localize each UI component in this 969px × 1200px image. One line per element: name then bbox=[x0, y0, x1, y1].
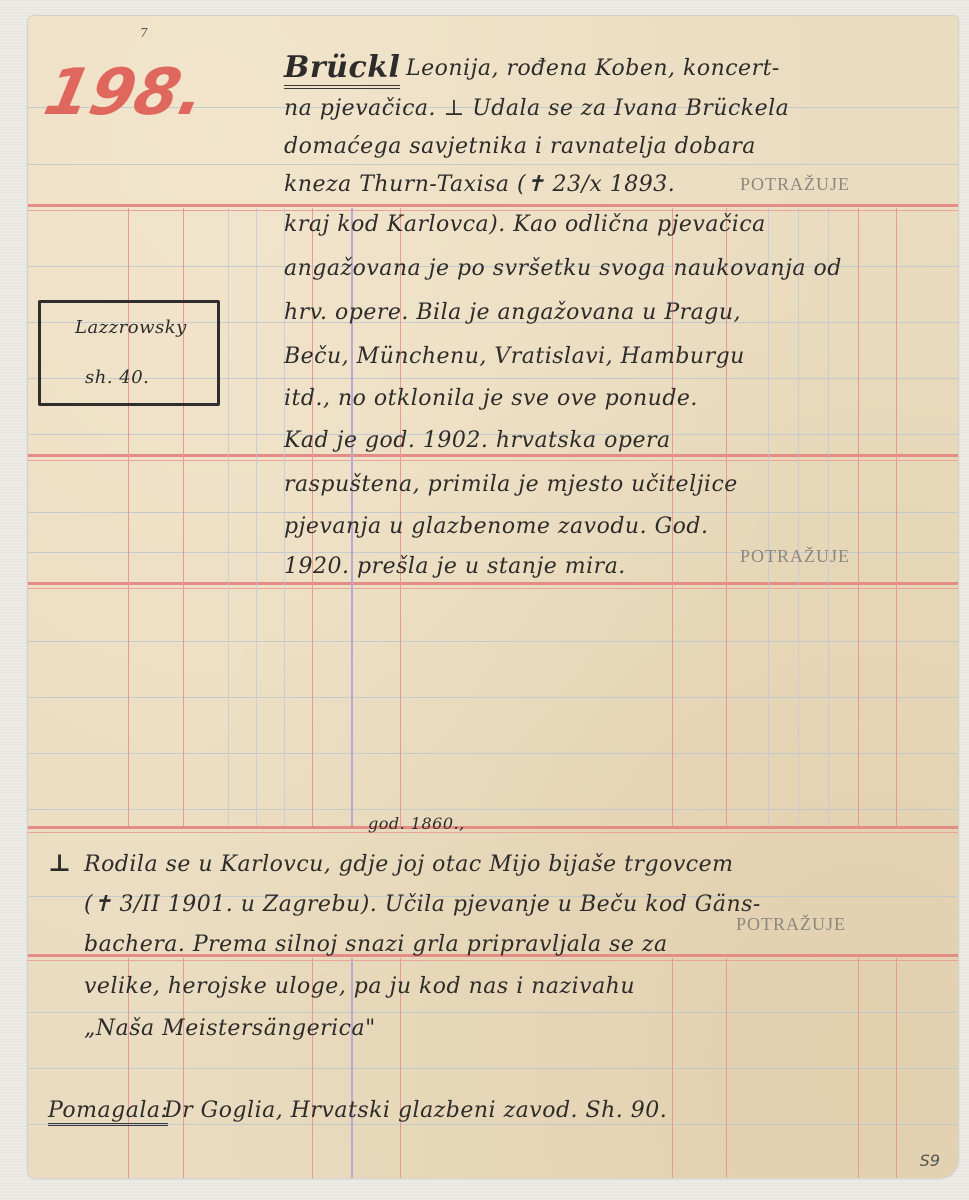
column-rule bbox=[726, 958, 727, 1178]
source-label: Pomagala: bbox=[48, 1098, 168, 1126]
red-rule bbox=[28, 454, 958, 457]
column-rule bbox=[672, 958, 673, 1178]
ruling-line bbox=[28, 1068, 958, 1069]
reference-sheet: sh. 40. bbox=[85, 367, 149, 388]
entry-line: Kad je god. 1902. hrvatska opera bbox=[284, 428, 671, 453]
subcolumn-rule bbox=[798, 208, 799, 826]
reference-name: Lazzrowsky bbox=[75, 317, 187, 338]
source-text: Dr Goglia, Hrvatski glazbeni zavod. Sh. … bbox=[164, 1098, 667, 1123]
entry-line: kraj kod Karlovca). Kao odlična pjevačic… bbox=[284, 212, 766, 237]
reference-box: Lazzrowsky sh. 40. bbox=[38, 300, 220, 406]
stamp-potrazuje: POTRAŽUJE bbox=[740, 546, 850, 567]
corner-mark: 7 bbox=[140, 26, 148, 40]
entry-line: pjevanja u glazbenome zavodu. God. bbox=[284, 514, 708, 539]
column-rule bbox=[858, 958, 859, 1178]
ruling-line bbox=[28, 1012, 958, 1013]
column-rule bbox=[896, 958, 897, 1178]
subcolumn-rule bbox=[256, 208, 257, 826]
ruling-line bbox=[28, 697, 958, 698]
entry-line: raspuštena, primila je mjesto učiteljice bbox=[284, 472, 738, 497]
subcolumn-rule bbox=[768, 208, 769, 826]
subcolumn-rule bbox=[228, 208, 229, 826]
entry-line: Leonija, rođena Koben, koncert- bbox=[406, 56, 780, 81]
entry-line: Beču, Münchenu, Vratislavi, Hamburgu bbox=[284, 344, 745, 369]
red-rule bbox=[28, 582, 958, 585]
entry-line: kneza Thurn-Taxisa (✝ 23/x 1893. bbox=[284, 172, 675, 197]
entry-line: hrv. opere. Bila je angažovana u Pragu, bbox=[284, 300, 741, 325]
ruling-line bbox=[28, 164, 958, 165]
footnote-marker: ⊥ bbox=[48, 848, 72, 877]
footnote-line: (✝ 3/II 1901. u Zagrebu). Učila pjevanje… bbox=[84, 892, 761, 917]
ruling-line bbox=[28, 641, 958, 642]
page-number: S9 bbox=[920, 1151, 940, 1170]
column-rule bbox=[896, 208, 897, 826]
entry-line: angažovana je po svršetku svoga naukovan… bbox=[284, 256, 842, 281]
footnote-line: „Naša Meistersängerica" bbox=[84, 1016, 376, 1041]
red-rule bbox=[28, 204, 958, 207]
entry-surname: Brückl bbox=[284, 50, 400, 89]
index-card: 7 198. Lazzrowsky sh. 40. Brückl Leonija… bbox=[28, 16, 958, 1178]
ruling-line bbox=[28, 753, 958, 754]
stamp-potrazuje: POTRAŽUJE bbox=[736, 914, 846, 935]
ruling-line bbox=[28, 809, 958, 810]
ruling-line bbox=[28, 512, 958, 513]
entry-line: domaćega savjetnika i ravnatelja dobara bbox=[284, 134, 756, 159]
card-number: 198. bbox=[38, 56, 212, 130]
entry-line: na pjevačica. ⊥ Udala se za Ivana Brücke… bbox=[284, 96, 789, 121]
stamp-potrazuje: POTRAŽUJE bbox=[740, 174, 850, 195]
entry-line: itd., no otklonila je sve ove ponude. bbox=[284, 386, 698, 411]
column-rule bbox=[858, 208, 859, 826]
footnote-line: Rodila se u Karlovcu, gdje joj otac Mijo… bbox=[84, 852, 734, 877]
footnote-insertion: god. 1860., bbox=[368, 814, 465, 833]
entry-line: 1920. prešla je u stanje mira. bbox=[284, 554, 626, 579]
subcolumn-rule bbox=[828, 208, 829, 826]
red-rule bbox=[28, 826, 958, 829]
footnote-line: bachera. Prema silnoj snazi grla priprav… bbox=[84, 932, 668, 957]
footnote-line: velike, herojske uloge, pa ju kod nas i … bbox=[84, 974, 635, 999]
